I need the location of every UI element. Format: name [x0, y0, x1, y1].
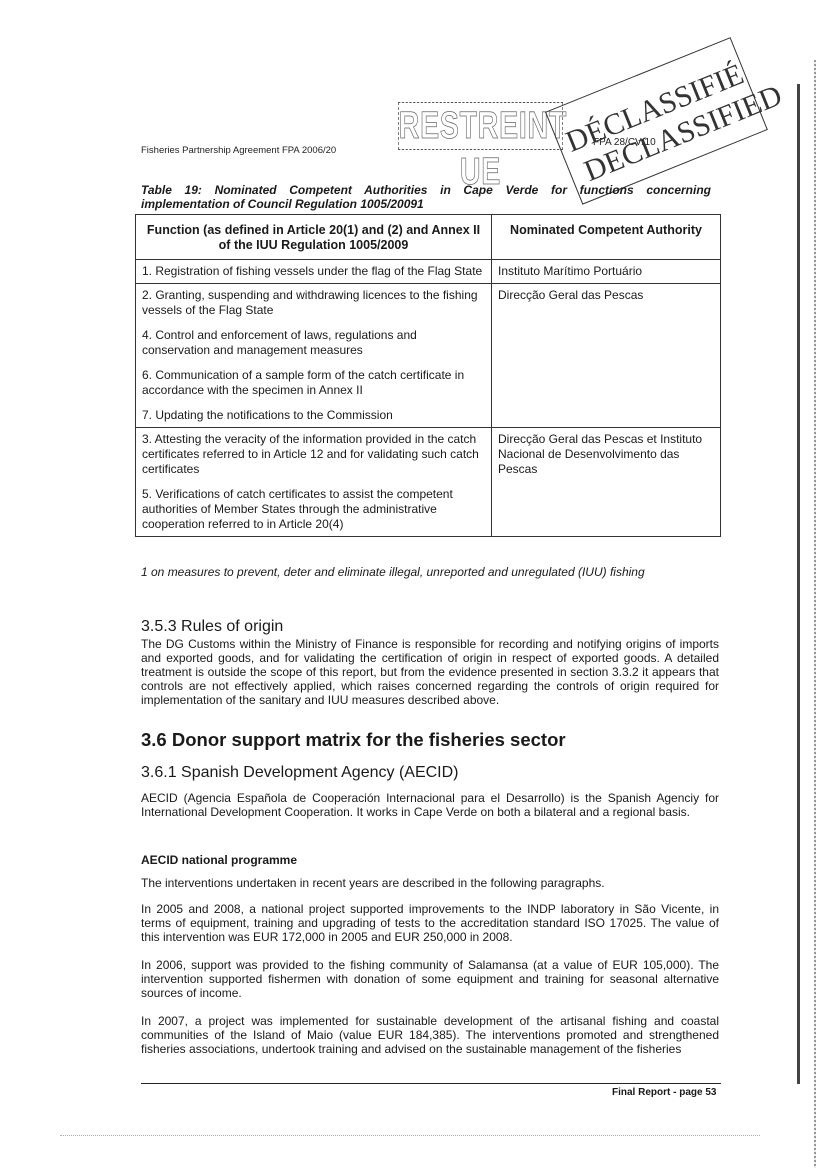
aecid-national-programme-subheading: AECID national programme: [141, 853, 297, 867]
footer-divider: [141, 1083, 721, 1084]
function-item: 2. Granting, suspending and withdrawing …: [142, 288, 485, 318]
section-3-6-heading: 3.6 Donor support matrix for the fisheri…: [141, 729, 566, 751]
function-item: 5. Verifications of catch certificates t…: [142, 487, 485, 532]
table-caption-line2: implementation of Council Regulation 100…: [141, 197, 424, 211]
function-item: 1. Registration of fishing vessels under…: [142, 264, 485, 279]
scan-edge-dotted: [814, 60, 816, 1168]
competent-authorities-table: Function (as defined in Article 20(1) an…: [135, 214, 721, 537]
page-footer: Final Report - page 53: [612, 1087, 716, 1098]
function-item: 4. Control and enforcement of laws, regu…: [142, 328, 485, 358]
function-cell: 2. Granting, suspending and withdrawing …: [136, 284, 492, 428]
restreint-ue-stamp: RESTREINT UE: [398, 102, 563, 150]
authority-cell: Direcção Geral das Pescas et Instituto N…: [492, 428, 721, 537]
function-cell: 3. Attesting the veracity of the informa…: [136, 428, 492, 537]
section-3-5-3-heading: 3.5.3 Rules of origin: [141, 618, 283, 636]
aecid-intro-paragraph: AECID (Agencia Española de Cooperación I…: [141, 791, 719, 819]
header-authority: Nominated Competent Authority: [492, 215, 721, 260]
rules-of-origin-paragraph: The DG Customs within the Ministry of Fi…: [141, 637, 719, 707]
table-row: 1. Registration of fishing vessels under…: [136, 260, 721, 284]
function-item: 3. Attesting the veracity of the informa…: [142, 432, 485, 477]
function-cell: 1. Registration of fishing vessels under…: [136, 260, 492, 284]
authority-cell: Instituto Marítimo Portuário: [492, 260, 721, 284]
section-3-6-1-heading: 3.6.1 Spanish Development Agency (AECID): [141, 764, 459, 782]
authority-cell: Direcção Geral das Pescas: [492, 284, 721, 428]
interventions-intro-paragraph: The interventions undertaken in recent y…: [141, 876, 719, 890]
paragraph-2006: In 2006, support was provided to the fis…: [141, 958, 719, 1000]
header-function: Function (as defined in Article 20(1) an…: [136, 215, 492, 260]
table-caption-line1: Table 19: Nominated Competent Authoritie…: [141, 183, 711, 197]
table-header-row: Function (as defined in Article 20(1) an…: [136, 215, 721, 260]
table-row: 2. Granting, suspending and withdrawing …: [136, 284, 721, 428]
scan-edge-line: [797, 84, 800, 1084]
function-item: 7. Updating the notifications to the Com…: [142, 408, 485, 423]
table-caption: Table 19: Nominated Competent Authoritie…: [141, 183, 711, 211]
table-footnote: 1 on measures to prevent, deter and elim…: [141, 565, 645, 579]
paragraph-2005-2008: In 2005 and 2008, a national project sup…: [141, 902, 719, 944]
table-row: 3. Attesting the veracity of the informa…: [136, 428, 721, 537]
function-item: 6. Communication of a sample form of the…: [142, 368, 485, 398]
paragraph-2007: In 2007, a project was implemented for s…: [141, 1014, 719, 1056]
running-header-left: Fisheries Partnership Agreement FPA 2006…: [141, 145, 336, 156]
scan-artifact: [60, 1135, 760, 1137]
declassified-stamp: DÉCLASSIFIÉ DECLASSIFIED: [545, 37, 768, 205]
